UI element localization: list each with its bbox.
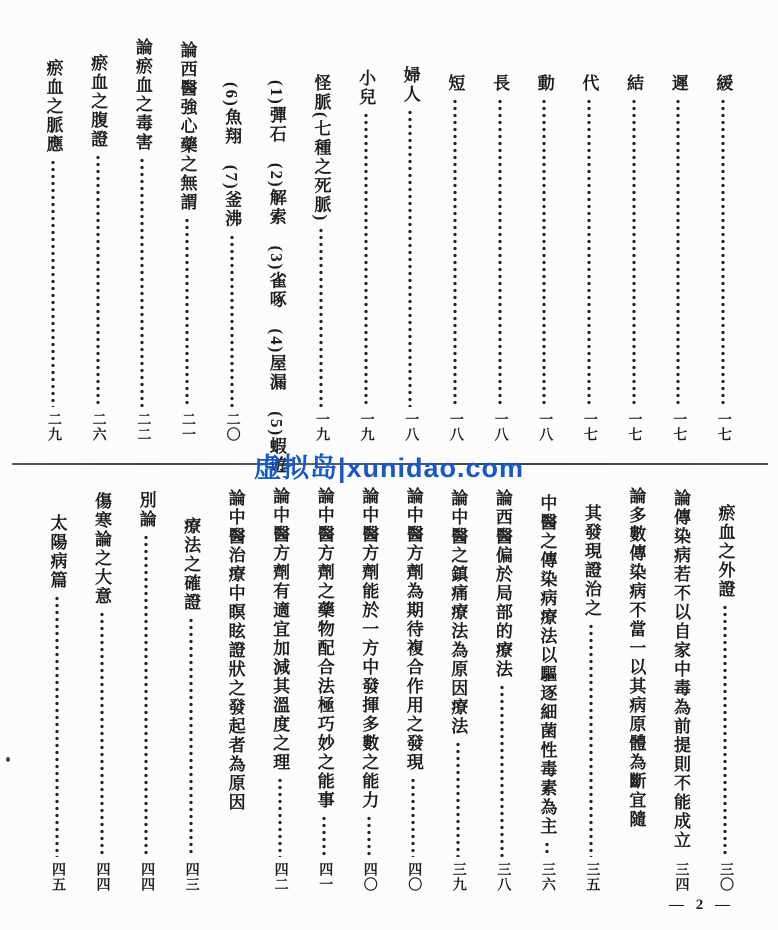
- dotted-leader: [722, 604, 728, 857]
- toc-entry: 小兒一九: [349, 36, 383, 444]
- entry-title: 怪脈(七種之死脈): [312, 74, 329, 222]
- dotted-leader: [497, 98, 503, 407]
- entry-page-number: 一九: [314, 412, 328, 444]
- entry-page-number: 四二: [273, 862, 287, 894]
- dotted-leader: [675, 98, 681, 407]
- entry-title: (6)魚翔 (7)釜沸: [223, 82, 240, 229]
- toc-entry: 結一七: [617, 36, 651, 444]
- entry-page-number: 一八: [403, 412, 417, 444]
- entry-title: 別論: [138, 491, 155, 529]
- entry-page-number: 一八: [448, 412, 462, 444]
- toc-entry: 論西醫強心藥之無謂二一: [170, 36, 204, 444]
- entry-title: 結: [625, 74, 642, 93]
- entry-page-number: 四〇: [406, 862, 420, 894]
- toc-entry: 短一八: [438, 36, 472, 444]
- entry-page-number: 四〇: [362, 862, 376, 894]
- entry-title: 論多數傳染病不當一以其病原體為斷宜隨: [627, 487, 644, 829]
- entry-title: 論傳染病若不以自家中毒為前提則不能成立: [672, 489, 689, 850]
- entry-title: 論中醫治療中瞑眩證狀之發起者為原因: [227, 489, 244, 812]
- toc-entry: 論瘀血之毒害二二: [125, 36, 159, 444]
- entry-page-number: 二〇: [225, 412, 239, 444]
- entry-title: 論瘀血之毒害: [134, 38, 151, 152]
- toc-entry: 論中醫治療中瞑眩證狀之發起者為原因: [218, 486, 252, 894]
- toc-entry: 論中醫方劑為期待複合作用之發現四〇: [396, 486, 430, 894]
- toc-entry: 論西醫偏於局部的療法三八: [485, 486, 519, 894]
- dotted-leader: [452, 98, 458, 407]
- toc-entry: 論中醫方劑能於一方中發揮多數之能力四〇: [352, 486, 386, 894]
- entry-page-number: 三八: [495, 862, 509, 894]
- scanned-book-page: 緩一七遲一七結一七代一七動一八長一八短一八婦人一八小兒一九怪脈(七種之死脈)一九…: [0, 0, 778, 930]
- dotted-leader: [321, 815, 327, 857]
- entry-title: 太陽病篇: [49, 514, 66, 590]
- watermark-text: 虚拟岛|xunidao.com: [254, 446, 524, 485]
- entry-page-number: 二一: [180, 412, 194, 444]
- entry-title: 傷寒論之大意: [93, 492, 110, 606]
- entry-page-number: 四五: [50, 862, 64, 894]
- entry-title: 論中醫方劑有適宜加減其溫度之理: [271, 487, 288, 772]
- entry-title: 瘀血之脈應: [45, 59, 62, 154]
- dotted-leader: [54, 595, 60, 857]
- entry-title: 論中醫方劑能於一方中發揮多數之能力: [360, 487, 377, 810]
- dotted-leader: [188, 617, 194, 857]
- toc-entry: 論傳染病若不以自家中毒為前提則不能成立三四: [663, 486, 697, 894]
- toc-entry: 療法之確證四三: [174, 486, 208, 894]
- dotted-leader: [277, 777, 283, 857]
- entry-title: 動: [536, 74, 553, 93]
- toc-section-bottom: 瘀血之外證三〇論傳染病若不以自家中毒為前提則不能成立三四論多數傳染病不當一以其病…: [40, 486, 742, 894]
- entry-page-number: 三五: [584, 862, 598, 894]
- dotted-leader: [184, 217, 190, 407]
- entry-title: 論中醫之鎮痛療法為原因療法: [449, 489, 466, 736]
- entry-page-number: 一七: [671, 412, 685, 444]
- toc-entry: 代一七: [572, 36, 606, 444]
- dotted-leader: [410, 777, 416, 857]
- entry-page-number: 四四: [139, 862, 153, 894]
- dotted-leader: [499, 684, 505, 857]
- entry-page-number: 四四: [95, 862, 109, 894]
- entry-title: 療法之確證: [182, 517, 199, 612]
- toc-entry: 婦人一八: [393, 36, 427, 444]
- toc-entry: 緩一七: [706, 36, 740, 444]
- entry-title: 緩: [714, 74, 731, 93]
- entry-title: 長: [491, 74, 508, 93]
- entry-page-number: 三四: [673, 862, 687, 894]
- toc-entry: 別論四四: [129, 486, 163, 894]
- entry-page-number: 四三: [184, 862, 198, 894]
- toc-entry: 怪脈(七種之死脈)一九: [304, 36, 338, 444]
- dotted-leader: [143, 534, 149, 857]
- dotted-leader: [363, 112, 369, 407]
- toc-entry: 瘀血之外證三〇: [708, 486, 742, 894]
- entry-title: (1)彈石 (2)解索 (3)雀啄 (4)屋漏 (5)蝦遊: [268, 80, 285, 475]
- entry-title: 遲: [670, 74, 687, 93]
- entry-page-number: 二六: [91, 412, 105, 444]
- entry-title: 論中醫方劑之藥物配合法極巧妙之能事: [316, 487, 333, 810]
- entry-page-number: 四一: [317, 862, 331, 894]
- entry-page-number: 三九: [451, 862, 465, 894]
- toc-entry: (6)魚翔 (7)釜沸二〇: [215, 36, 249, 444]
- toc-entry: 中醫之傳染病療法以驅逐細菌性毒素為主三六: [530, 486, 564, 894]
- page-number-footer: — 2 —: [669, 897, 734, 914]
- entry-title: 論西醫強心藥之無謂: [178, 41, 195, 212]
- dotted-leader: [99, 611, 105, 857]
- entry-title: 瘀血之外證: [716, 504, 733, 599]
- entry-title: 婦人: [402, 66, 419, 104]
- dotted-leader: [366, 815, 372, 857]
- dotted-leader: [586, 98, 592, 407]
- entry-page-number: 一八: [537, 412, 551, 444]
- toc-entry: 傷寒論之大意四四: [85, 486, 119, 894]
- toc-entry: 遲一七: [661, 36, 695, 444]
- toc-entry: 長一八: [483, 36, 517, 444]
- entry-page-number: 一七: [716, 412, 730, 444]
- dotted-leader: [541, 98, 547, 407]
- entry-title: 其發現證治之: [583, 504, 600, 618]
- toc-entry: 論中醫之鎮痛療法為原因療法三九: [441, 486, 475, 894]
- dotted-leader: [588, 623, 594, 857]
- dotted-leader: [720, 98, 726, 407]
- dotted-leader: [95, 154, 101, 407]
- toc-entry: 論中醫方劑之藥物配合法極巧妙之能事四一: [307, 486, 341, 894]
- entry-page-number: 一八: [493, 412, 507, 444]
- toc-entry: (1)彈石 (2)解索 (3)雀啄 (4)屋漏 (5)蝦遊: [259, 36, 293, 444]
- dotted-leader: [229, 234, 235, 407]
- entry-page-number: 一七: [582, 412, 596, 444]
- toc-entry: 瘀血之脈應二九: [36, 36, 70, 444]
- entry-title: 論中醫方劑為期待複合作用之發現: [405, 487, 422, 772]
- entry-page-number: 一七: [627, 412, 641, 444]
- dotted-leader: [455, 741, 461, 857]
- entry-title: 中醫之傳染病療法以驅逐細菌性毒素為主: [538, 494, 555, 836]
- dotted-leader: [544, 841, 550, 857]
- entry-title: 代: [580, 74, 597, 93]
- entry-page-number: 二二: [135, 412, 149, 444]
- dotted-leader: [139, 157, 145, 407]
- dotted-leader: [677, 855, 683, 857]
- entry-page-number: 三〇: [718, 862, 732, 894]
- entry-title: 論西醫偏於局部的療法: [494, 489, 511, 679]
- toc-entry: 動一八: [527, 36, 561, 444]
- toc-entry: 論多數傳染病不當一以其病原體為斷宜隨: [619, 486, 653, 894]
- dotted-leader: [50, 159, 56, 407]
- toc-entry: 論中醫方劑有適宜加減其溫度之理四二: [263, 486, 297, 894]
- entry-page-number: 二九: [46, 412, 60, 444]
- entry-title: 短: [446, 74, 463, 93]
- dotted-leader: [318, 227, 324, 407]
- scan-artifact-dot: [6, 757, 10, 762]
- dotted-leader: [631, 98, 637, 407]
- toc-entry: 其發現證治之三五: [574, 486, 608, 894]
- entry-title: 小兒: [357, 69, 374, 107]
- toc-section-top: 緩一七遲一七結一七代一七動一八長一八短一八婦人一八小兒一九怪脈(七種之死脈)一九…: [36, 36, 740, 444]
- toc-entry: 瘀血之腹證二六: [81, 36, 115, 444]
- dotted-leader: [407, 109, 413, 407]
- toc-entry: 太陽病篇四五: [40, 486, 74, 894]
- entry-page-number: 三六: [540, 862, 554, 894]
- entry-title: 瘀血之腹證: [89, 54, 106, 149]
- entry-page-number: 一九: [359, 412, 373, 444]
